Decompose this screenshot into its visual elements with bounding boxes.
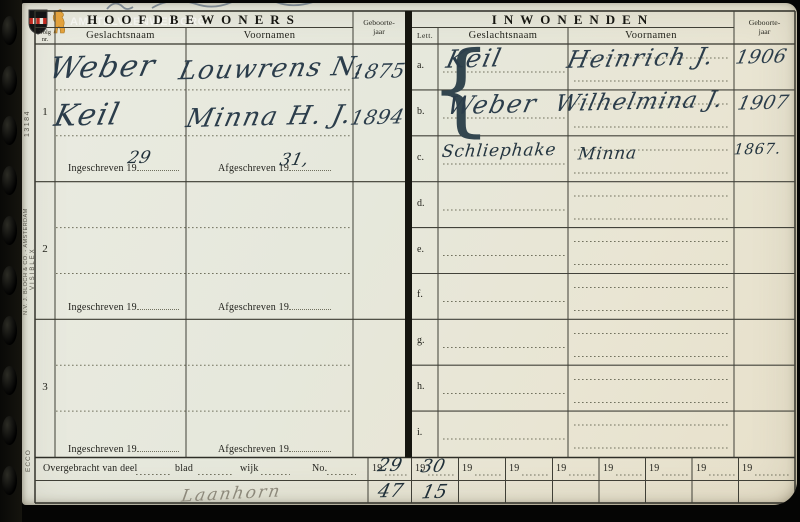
ingeschreven-label: Ingeschreven 19 — [68, 302, 137, 313]
register-page: 13184 VISIBLEX N.V. J. BLOCH & CO. - AMS… — [22, 3, 797, 505]
ingeschreven-line-1: Ingeschreven 19 — [68, 161, 179, 174]
row-letter-d: d. — [417, 198, 437, 209]
blad-label: blad — [175, 463, 193, 474]
pencil-address: Laanhorn — [180, 483, 282, 505]
scanned-register-card: 13184 VISIBLEX N.V. J. BLOCH & CO. - AMS… — [0, 0, 800, 522]
handwritten-year: 30 — [419, 458, 447, 477]
column-header-voornamen-left: Voornamen — [186, 30, 353, 41]
afgeschreven-line-1: Afgeschreven 19 — [218, 161, 331, 174]
column-header-geboortejaar-right: Geboorte- jaar — [734, 19, 795, 36]
handwritten-count: 15 — [420, 483, 450, 503]
year-cell-prefix: 19 — [556, 463, 566, 474]
binder-hole — [2, 16, 17, 45]
year-cell-prefix: 19 — [742, 463, 752, 474]
afgeschreven-line-2: Afgeschreven 19 — [218, 300, 331, 313]
column-header-volgnr: Volg nr. — [35, 29, 55, 43]
handwritten-firstnames: Wilhelmina J. — [553, 89, 726, 116]
column-header-geboortejaar-left: Geboorte- jaar — [353, 19, 405, 36]
binder-hole — [2, 116, 17, 145]
binder-hole — [2, 366, 17, 395]
blank-line — [289, 300, 331, 310]
handwritten-surname: Weber — [46, 52, 158, 85]
handwritten-afgeschreven-year: 31, — [278, 152, 311, 170]
column-header-voornamen-right: Voornamen — [568, 30, 734, 41]
section-title-hoofdbewoners: HOOFDBEWONERS — [35, 12, 353, 28]
section-title-inwonenden: INWONENDEN — [412, 12, 734, 28]
geboortejaar-line2: jaar — [734, 28, 795, 37]
handwritten-surname: Schliephake — [441, 142, 557, 161]
binder-hole — [2, 66, 17, 95]
binder-hole — [2, 216, 17, 245]
binder-hole — [2, 266, 17, 295]
blank-line — [137, 442, 179, 452]
handwritten-birthyear: 1894 — [349, 106, 407, 127]
ingeschreven-line-2: Ingeschreven 19 — [68, 300, 179, 313]
afgeschreven-label: Afgeschreven 19 — [218, 444, 289, 455]
afgeschreven-line-3: Afgeschreven 19 — [218, 442, 331, 455]
printer-name: N.V. J. BLOCH & CO. - AMSTERDAM — [23, 208, 29, 315]
afgeschreven-label: Afgeschreven 19 — [218, 302, 289, 313]
binder-hole — [2, 466, 17, 495]
margin-mark: ECCO — [25, 449, 32, 472]
form-serial-number: 13184 — [24, 110, 31, 137]
ingeschreven-label: Ingeschreven 19 — [68, 444, 137, 455]
handwritten-firstnames: Louwrens N. — [177, 54, 368, 85]
row-letter-i: i. — [417, 427, 437, 438]
ingeschreven-line-3: Ingeschreven 19 — [68, 442, 179, 455]
handwritten-surname: Weber — [445, 91, 540, 118]
binder-hole — [2, 416, 17, 445]
handwritten-birthyear: 1907 — [736, 93, 791, 113]
binder-hole — [2, 316, 17, 345]
year-cell-prefix: 19 — [649, 463, 659, 474]
handwritten-firstnames: Heinrich J. — [565, 44, 717, 72]
row-letter-h: h. — [417, 381, 437, 392]
binder-hole — [2, 166, 17, 195]
handwritten-surname: Keil — [444, 45, 505, 71]
overgebracht-label: Overgebracht van deel — [43, 463, 138, 474]
column-header-geslachtsnaam-left: Geslachtsnaam — [55, 30, 186, 41]
handwritten-firstnames: Minna — [577, 145, 638, 163]
row-letter-g: g. — [417, 335, 437, 346]
no-label: No. — [312, 463, 327, 474]
row-letter-c: c. — [417, 152, 437, 163]
block-number-1: 1 — [35, 106, 55, 118]
binder-edge — [0, 0, 22, 522]
handwritten-surname: Keil — [51, 100, 123, 132]
year-cell-prefix: 19 — [462, 463, 472, 474]
block-number-3: 3 — [35, 381, 55, 393]
handwritten-birthyear: 1875 — [350, 60, 408, 81]
handwritten-count: 47 — [376, 482, 406, 502]
blank-line — [289, 442, 331, 452]
geboortejaar-line2: jaar — [353, 28, 405, 37]
blank-line — [137, 300, 179, 310]
row-letter-f: f. — [417, 289, 437, 300]
year-cell-prefix: 19 — [509, 463, 519, 474]
handwritten-ingeschreven-year: 29 — [126, 150, 153, 168]
year-cell-prefix: 19 — [603, 463, 613, 474]
handwritten-firstnames: Minna H. J. — [184, 102, 355, 132]
volgnr-line1: Volg — [35, 29, 55, 36]
volgnr-line2: nr. — [35, 36, 55, 43]
row-letter-e: e. — [417, 244, 437, 255]
wijk-label: wijk — [240, 463, 259, 474]
year-cell-prefix: 19 — [696, 463, 706, 474]
block-number-2: 2 — [35, 243, 55, 255]
handwritten-birthyear: 1906 — [734, 47, 789, 67]
handwritten-year: 29 — [376, 457, 404, 476]
handwritten-birthyear: 1867. — [733, 142, 782, 158]
